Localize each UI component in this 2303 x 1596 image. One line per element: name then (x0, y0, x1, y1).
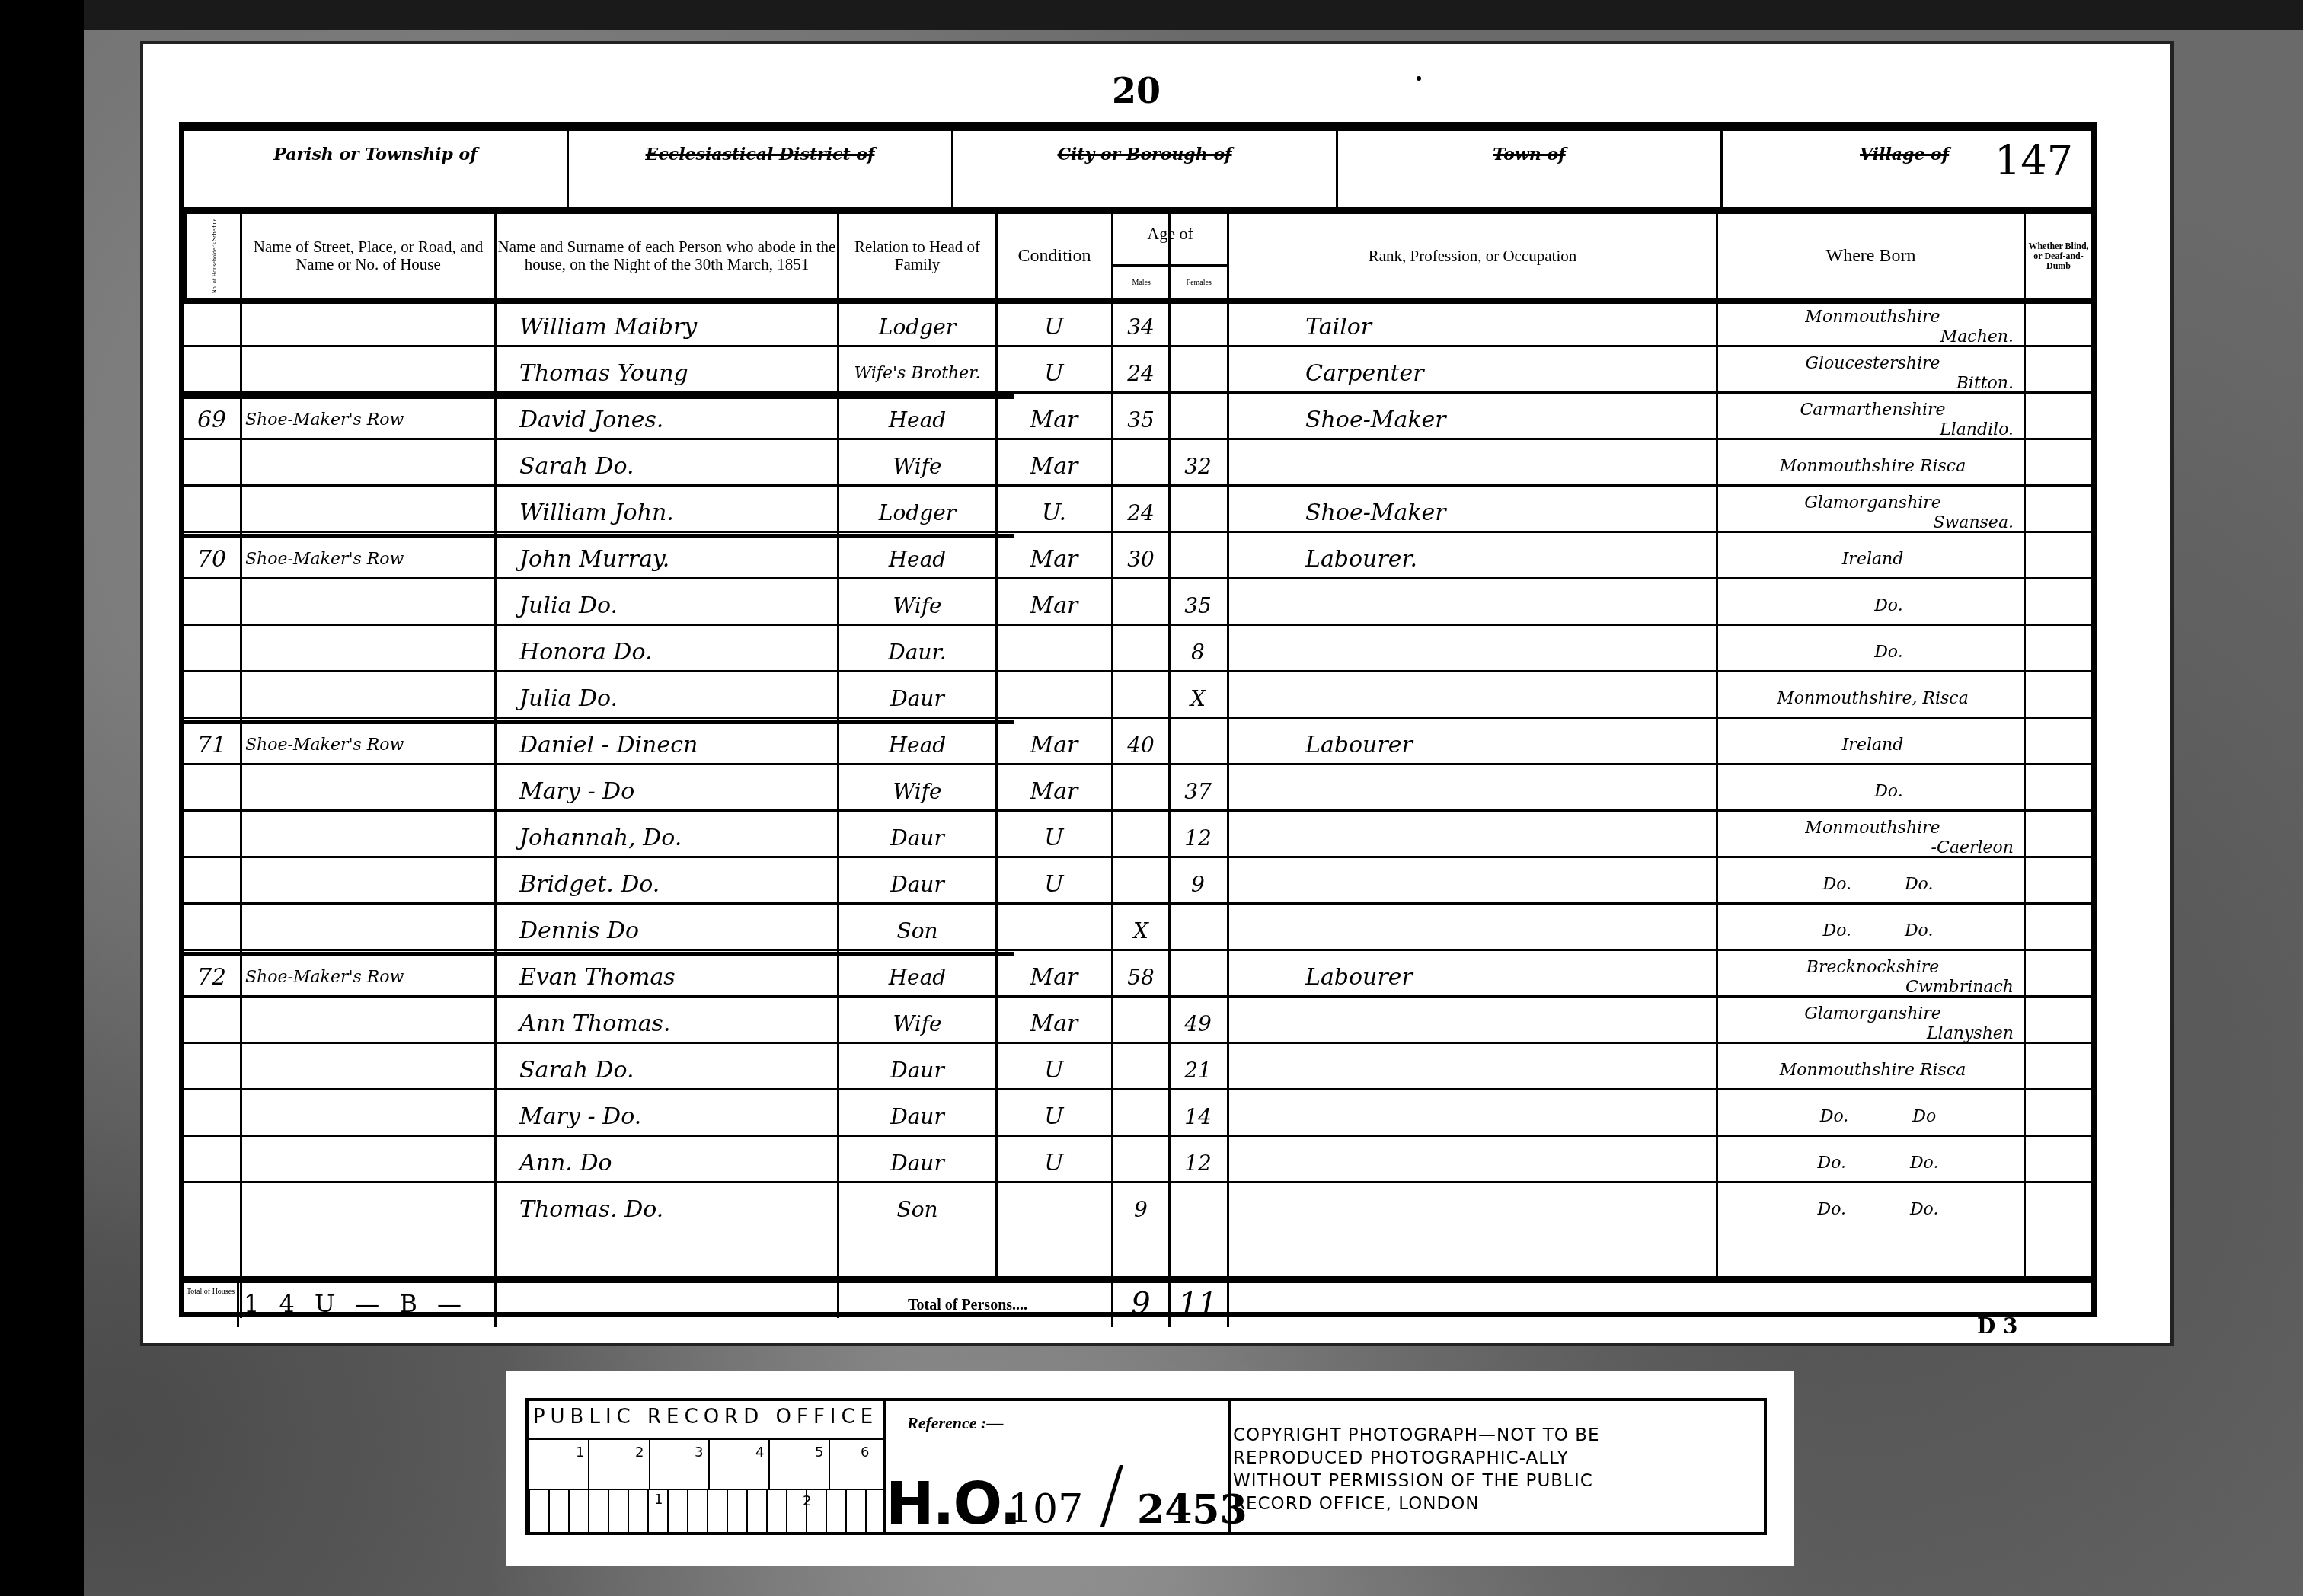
row-rule (184, 902, 2091, 905)
born-county: Brecknockshire (1806, 958, 1939, 978)
street-name (242, 768, 493, 815)
schedule-number (184, 1001, 239, 1047)
condition: Mar (998, 954, 1110, 1001)
born-county: Monmouthshire Risca (1780, 457, 1966, 477)
person-name: John Murray. (497, 536, 835, 583)
row-rule (184, 763, 2091, 765)
person-name: Julia Do. (497, 583, 835, 629)
where-born: Do. (1718, 768, 2023, 815)
age-female (1171, 722, 1225, 768)
condition: U (998, 350, 1110, 397)
occupation: Labourer (1229, 954, 1717, 1001)
born-county: Do. (1842, 643, 1902, 662)
born-county: Do. Do. (1813, 875, 1934, 895)
total-females: 11 (1171, 1286, 1225, 1321)
occupation (1229, 1047, 1717, 1093)
relation: Head (839, 536, 995, 583)
schedule-number (184, 768, 239, 815)
condition: Mar (998, 722, 1110, 768)
born-county: Glamorganshire (1804, 493, 1941, 513)
born-county: Ireland (1842, 550, 1904, 570)
col-age-females: Females (1171, 267, 1228, 298)
age-male (1113, 629, 1168, 675)
table-row: Ann Thomas. Wife Mar 49 GlamorganshireLl… (184, 1001, 2091, 1047)
table-row: Ann. Do Daur U 12 Do. Do. (184, 1140, 2091, 1186)
header-city: City or Borough of (953, 131, 1338, 207)
person-name: Ann Thomas. (497, 1001, 835, 1047)
born-parish: Cwmbrinach (1905, 978, 2023, 997)
table-row: Mary - Do. Daur U 14 Do. Do (184, 1093, 2091, 1140)
rule-line (494, 1283, 497, 1327)
age-male (1113, 1140, 1168, 1186)
reference-series: H.O. (886, 1470, 1020, 1537)
occupation: Labourer (1229, 722, 1717, 768)
occupation (1229, 768, 1717, 815)
age-female (1171, 1186, 1225, 1233)
age-female: 32 (1171, 443, 1225, 490)
age-male (1113, 815, 1168, 861)
where-born: Do. (1718, 629, 2023, 675)
header-parish: Parish or Township of (184, 131, 569, 207)
occupation (1229, 629, 1717, 675)
schedule-number: 69 (184, 397, 239, 443)
age-male: 40 (1113, 722, 1168, 768)
ruler-label: 3 (695, 1444, 703, 1460)
age-male: 9 (1113, 1186, 1168, 1233)
column-headers: No. of Householder's Schedule Name of St… (184, 214, 2091, 304)
condition: Mar (998, 443, 1110, 490)
schedule-number (184, 815, 239, 861)
born-county: Ireland (1842, 736, 1904, 755)
condition (998, 908, 1110, 954)
person-name: Thomas. Do. (497, 1186, 835, 1233)
ruler-label: 5 (815, 1444, 823, 1460)
header-town: Town of (1338, 131, 1723, 207)
row-rule (184, 1181, 2091, 1183)
occupation (1229, 861, 1717, 908)
relation: Lodger (839, 304, 995, 350)
col-blind: Whether Blind, or Deaf-and-Dumb (2026, 214, 2091, 298)
age-female (1171, 350, 1225, 397)
table-row: Dennis Do Son X Do. Do. (184, 908, 2091, 954)
col-condition: Condition (998, 214, 1113, 298)
street-name (242, 350, 493, 397)
age-female: 12 (1171, 1140, 1225, 1186)
table-row: Sarah Do. Daur U 21 Monmouthshire Risca (184, 1047, 2091, 1093)
person-name: Daniel - Dinecn (497, 722, 835, 768)
record-office-stamp: PUBLIC RECORD OFFICE 1 2 3 4 5 6 1 2 Ref… (506, 1371, 1794, 1566)
ruler-label: 6 (861, 1444, 869, 1460)
occupation: Tailor (1229, 304, 1717, 350)
where-born: GlamorganshireLlanyshen (1718, 1001, 2023, 1047)
where-born: GlamorganshireSwansea. (1718, 490, 2023, 536)
reference-label: Reference :— (907, 1413, 1003, 1433)
street-name (242, 1140, 493, 1186)
occupation: Shoe-Maker (1229, 397, 1717, 443)
row-rule (184, 391, 2091, 394)
header-village-label: Village of (1860, 145, 1949, 164)
street-name (242, 815, 493, 861)
relation: Wife (839, 768, 995, 815)
occupation (1229, 908, 1717, 954)
street-name (242, 861, 493, 908)
street-name (242, 443, 493, 490)
age-female: X (1171, 675, 1225, 722)
born-county: Do. Do. (1807, 1154, 1939, 1173)
street-name: Shoe-Maker's Row (242, 954, 493, 1001)
office-name: PUBLIC RECORD OFFICE (529, 1406, 883, 1428)
relation: Daur (839, 1140, 995, 1186)
street-name (242, 1047, 493, 1093)
where-born: GloucestershireBitton. (1718, 350, 2023, 397)
condition: Mar (998, 1001, 1110, 1047)
where-born: Monmouthshire-Caerleon (1718, 815, 2023, 861)
copyright-notice: COPYRIGHT PHOTOGRAPH—NOT TO BE REPRODUCE… (1233, 1424, 1659, 1515)
row-rule (184, 856, 2091, 858)
where-born: Ireland (1718, 722, 2023, 768)
table-row: 72 Shoe-Maker's Row Evan Thomas Head Mar… (184, 954, 2091, 1001)
age-male: 24 (1113, 490, 1168, 536)
condition: U (998, 861, 1110, 908)
occupation (1229, 675, 1717, 722)
born-county: Carmarthenshire (1800, 401, 1945, 420)
condition (998, 1186, 1110, 1233)
table-row: Mary - Do Wife Mar 37 Do. (184, 768, 2091, 815)
reference-panel: Reference :— H.O. 107 / 2453 (886, 1401, 1231, 1532)
header-town-label: Town of (1493, 145, 1565, 164)
age-male (1113, 443, 1168, 490)
age-female (1171, 397, 1225, 443)
born-parish: -Caerleon (1931, 838, 2023, 858)
schedule-number (184, 443, 239, 490)
reference-piece: 107 (1008, 1486, 1083, 1532)
condition (998, 629, 1110, 675)
relation: Daur (839, 861, 995, 908)
age-male: 35 (1113, 397, 1168, 443)
table-row: Sarah Do. Wife Mar 32 Monmouthshire Risc… (184, 443, 2091, 490)
schedule-number (184, 1093, 239, 1140)
born-parish: Llandilo. (1940, 420, 2023, 440)
total-houses-label: Total of Houses (184, 1283, 239, 1327)
relation: Head (839, 722, 995, 768)
total-houses-value: 1 4 U — B — (244, 1289, 468, 1318)
schedule-number (184, 675, 239, 722)
street-name (242, 583, 493, 629)
condition: Mar (998, 397, 1110, 443)
street-name (242, 1186, 493, 1233)
street-name (242, 490, 493, 536)
scale-ruler: 1 2 3 4 5 6 1 2 (529, 1438, 883, 1534)
condition: Mar (998, 768, 1110, 815)
age-female: 49 (1171, 1001, 1225, 1047)
row-rule (184, 1088, 2091, 1090)
born-county: Monmouthshire (1805, 819, 1940, 838)
ink-dot (1417, 76, 1421, 81)
table-row: Thomas Young Wife's Brother. U 24 Carpen… (184, 350, 2091, 397)
relation: Daur (839, 815, 995, 861)
relation: Son (839, 1186, 995, 1233)
schedule-number: 72 (184, 954, 239, 1001)
header-ecclesiastical-label: Ecclesiastical District of (646, 145, 875, 164)
row-rule (184, 577, 2091, 579)
person-name: Thomas Young (497, 350, 835, 397)
born-parish: Llanyshen (1927, 1024, 2023, 1044)
header-ecclesiastical: Ecclesiastical District of (569, 131, 953, 207)
age-male: X (1113, 908, 1168, 954)
schedule-number: 70 (184, 536, 239, 583)
person-name: Ann. Do (497, 1140, 835, 1186)
born-county: Glamorganshire (1804, 1004, 1941, 1024)
ruler-label: 2 (635, 1444, 644, 1460)
age-female: 14 (1171, 1093, 1225, 1140)
occupation: Labourer. (1229, 536, 1717, 583)
where-born: BrecknockshireCwmbrinach (1718, 954, 2023, 1001)
occupation: Shoe-Maker (1229, 490, 1717, 536)
person-name: Bridget. Do. (497, 861, 835, 908)
where-born: Monmouthshire Risca (1718, 443, 2023, 490)
total-males: 9 (1113, 1286, 1168, 1321)
row-rule (184, 1042, 2091, 1044)
age-female: 37 (1171, 768, 1225, 815)
col-occupation: Rank, Profession, or Occupation (1229, 214, 1718, 298)
born-county: Monmouthshire (1805, 308, 1940, 327)
where-born: MonmouthshireMachen. (1718, 304, 2023, 350)
where-born: Do. Do (1718, 1093, 2023, 1140)
ruler-label: 1 (576, 1444, 584, 1460)
rule-line (1227, 1283, 1229, 1327)
table-row: Julia Do. Daur X Monmouthshire, Risca (184, 675, 2091, 722)
relation: Wife (839, 583, 995, 629)
street-name (242, 304, 493, 350)
person-name: Sarah Do. (497, 1047, 835, 1093)
where-born: Monmouthshire Risca (1718, 1047, 2023, 1093)
condition: U (998, 815, 1110, 861)
col-relation: Relation to Head of Family (839, 214, 998, 298)
occupation: Carpenter (1229, 350, 1717, 397)
table-row: 71 Shoe-Maker's Row Daniel - Dinecn Head… (184, 722, 2091, 768)
pro-ruler-panel: PUBLIC RECORD OFFICE 1 2 3 4 5 6 1 2 (529, 1401, 886, 1532)
row-rule (184, 670, 2091, 672)
schedule-number (184, 490, 239, 536)
person-name: Mary - Do (497, 768, 835, 815)
where-born: Do. Do. (1718, 1186, 2023, 1233)
condition (998, 675, 1110, 722)
street-name: Shoe-Maker's Row (242, 536, 493, 583)
schedule-number (184, 304, 239, 350)
person-name: David Jones. (497, 397, 835, 443)
occupation (1229, 583, 1717, 629)
relation: Daur (839, 675, 995, 722)
street-name (242, 675, 493, 722)
header-city-label: City or Borough of (1057, 145, 1231, 164)
person-name: Dennis Do (497, 908, 835, 954)
stamp-frame: PUBLIC RECORD OFFICE 1 2 3 4 5 6 1 2 Ref… (525, 1398, 1767, 1535)
where-born: Do. Do. (1718, 908, 2023, 954)
age-male (1113, 675, 1168, 722)
row-rule (184, 995, 2091, 997)
age-male (1113, 1093, 1168, 1140)
born-county: Do. (1842, 596, 1902, 616)
row-rule (184, 438, 2091, 440)
born-parish: Machen. (1940, 327, 2023, 347)
occupation (1229, 1093, 1717, 1140)
condition: U. (998, 490, 1110, 536)
born-county: Do. Do. (1813, 921, 1934, 941)
age-male (1113, 1047, 1168, 1093)
relation: Lodger (839, 490, 995, 536)
age-female: 12 (1171, 815, 1225, 861)
condition: U (998, 304, 1110, 350)
age-female (1171, 304, 1225, 350)
occupation (1229, 815, 1717, 861)
person-name: Evan Thomas (497, 954, 835, 1001)
street-name (242, 1093, 493, 1140)
table-row: Bridget. Do. Daur U 9 Do. Do. (184, 861, 2091, 908)
street-name: Shoe-Maker's Row (242, 397, 493, 443)
age-female (1171, 490, 1225, 536)
condition: U (998, 1047, 1110, 1093)
relation: Wife (839, 1001, 995, 1047)
age-female: 35 (1171, 583, 1225, 629)
age-male (1113, 1001, 1168, 1047)
age-female (1171, 908, 1225, 954)
table-row: 70 Shoe-Maker's Row John Murray. Head Ma… (184, 536, 2091, 583)
page-number: 20 (1112, 70, 1161, 111)
person-name: Mary - Do. (497, 1093, 835, 1140)
where-born: CarmarthenshireLlandilo. (1718, 397, 2023, 443)
header-village: Village of 147 (1723, 131, 2091, 207)
col-age-males: Males (1113, 267, 1171, 298)
col-schedule: No. of Householder's Schedule (184, 214, 242, 298)
age-male: 24 (1113, 350, 1168, 397)
street-name: Shoe-Maker's Row (242, 722, 493, 768)
schedule-number (184, 629, 239, 675)
age-female (1171, 954, 1225, 1001)
where-born: Do. Do. (1718, 861, 2023, 908)
person-name: William Maibry (497, 304, 835, 350)
row-rule (184, 345, 2091, 347)
relation: Daur (839, 1047, 995, 1093)
age-female (1171, 536, 1225, 583)
street-name (242, 908, 493, 954)
relation: Wife's Brother. (839, 350, 995, 397)
age-male: 58 (1113, 954, 1168, 1001)
born-county: Do. Do. (1807, 1200, 1939, 1220)
table-row: Johannah, Do. Daur U 12 Monmouthshire-Ca… (184, 815, 2091, 861)
table-row: Julia Do. Wife Mar 35 Do. (184, 583, 2091, 629)
schedule-number (184, 1186, 239, 1233)
row-rule (184, 1135, 2091, 1137)
col-street: Name of Street, Place, or Road, and Name… (242, 214, 497, 298)
street-name (242, 629, 493, 675)
born-county: Monmouthshire Risca (1780, 1061, 1966, 1080)
condition: Mar (998, 536, 1110, 583)
folio-number: 147 (1995, 137, 2073, 185)
table-row: Thomas. Do. Son 9 Do. Do. (184, 1186, 2091, 1233)
person-name: Johannah, Do. (497, 815, 835, 861)
row-rule (184, 484, 2091, 487)
age-male (1113, 768, 1168, 815)
ruler-label: 4 (755, 1444, 764, 1460)
age-male: 34 (1113, 304, 1168, 350)
condition: U (998, 1140, 1110, 1186)
relation: Wife (839, 443, 995, 490)
born-county: Do. (1842, 782, 1902, 802)
occupation (1229, 443, 1717, 490)
relation: Son (839, 908, 995, 954)
born-county: Gloucestershire (1805, 354, 1940, 374)
where-born: Do. Do. (1718, 1140, 2023, 1186)
person-name: Julia Do. (497, 675, 835, 722)
age-male (1113, 583, 1168, 629)
schedule-number (184, 861, 239, 908)
person-name: Honora Do. (497, 629, 835, 675)
reference-item: 2453 (1137, 1486, 1247, 1533)
relation: Head (839, 954, 995, 1001)
occupation (1229, 1140, 1717, 1186)
table-row: 69 Shoe-Maker's Row David Jones. Head Ma… (184, 397, 2091, 443)
age-female: 8 (1171, 629, 1225, 675)
location-header: Parish or Township of Ecclesiastical Dis… (184, 131, 2091, 214)
schedule-number (184, 583, 239, 629)
corner-mark: D 3 (1977, 1314, 2018, 1339)
table-row: William Maibry Lodger U 34 Tailor Monmou… (184, 304, 2091, 350)
born-parish: Swansea. (1933, 513, 2023, 533)
relation: Daur. (839, 629, 995, 675)
person-name: Sarah Do. (497, 443, 835, 490)
age-male (1113, 861, 1168, 908)
age-male: 30 (1113, 536, 1168, 583)
born-parish: Bitton. (1956, 374, 2023, 394)
relation: Head (839, 397, 995, 443)
occupation (1229, 1001, 1717, 1047)
row-rule (184, 531, 2091, 533)
schedule-number (184, 908, 239, 954)
condition: U (998, 1093, 1110, 1140)
total-persons-label: Total of Persons.... (908, 1297, 1027, 1314)
table-row: William John. Lodger U. 24 Shoe-Maker Gl… (184, 490, 2091, 536)
table-row: Honora Do. Daur. 8 Do. (184, 629, 2091, 675)
schedule-number (184, 1047, 239, 1093)
row-rule (184, 624, 2091, 626)
col-where-born: Where Born (1718, 214, 2026, 298)
col-age: Age of Males Females (1113, 214, 1229, 298)
row-rule (184, 949, 2091, 951)
scan-background-top (0, 0, 2303, 30)
census-table: Parish or Township of Ecclesiastical Dis… (179, 122, 2097, 1317)
where-born: Monmouthshire, Risca (1718, 675, 2023, 722)
relation: Daur (839, 1093, 995, 1140)
born-county: Monmouthshire, Risca (1777, 689, 1969, 709)
age-female: 21 (1171, 1047, 1225, 1093)
reference-slash: / (1099, 1450, 1125, 1539)
header-parish-label: Parish or Township of (184, 145, 567, 164)
row-rule (184, 809, 2091, 812)
scan-background-left (0, 0, 84, 1596)
person-name: William John. (497, 490, 835, 536)
condition: Mar (998, 583, 1110, 629)
col-name: Name and Surname of each Person who abod… (497, 214, 839, 298)
born-county: Do. Do (1809, 1107, 1936, 1127)
occupation (1229, 1186, 1717, 1233)
schedule-number (184, 350, 239, 397)
where-born: Ireland (1718, 536, 2023, 583)
street-name (242, 1001, 493, 1047)
where-born: Do. (1718, 583, 2023, 629)
schedule-number: 71 (184, 722, 239, 768)
age-female: 9 (1171, 861, 1225, 908)
row-rule (184, 717, 2091, 719)
